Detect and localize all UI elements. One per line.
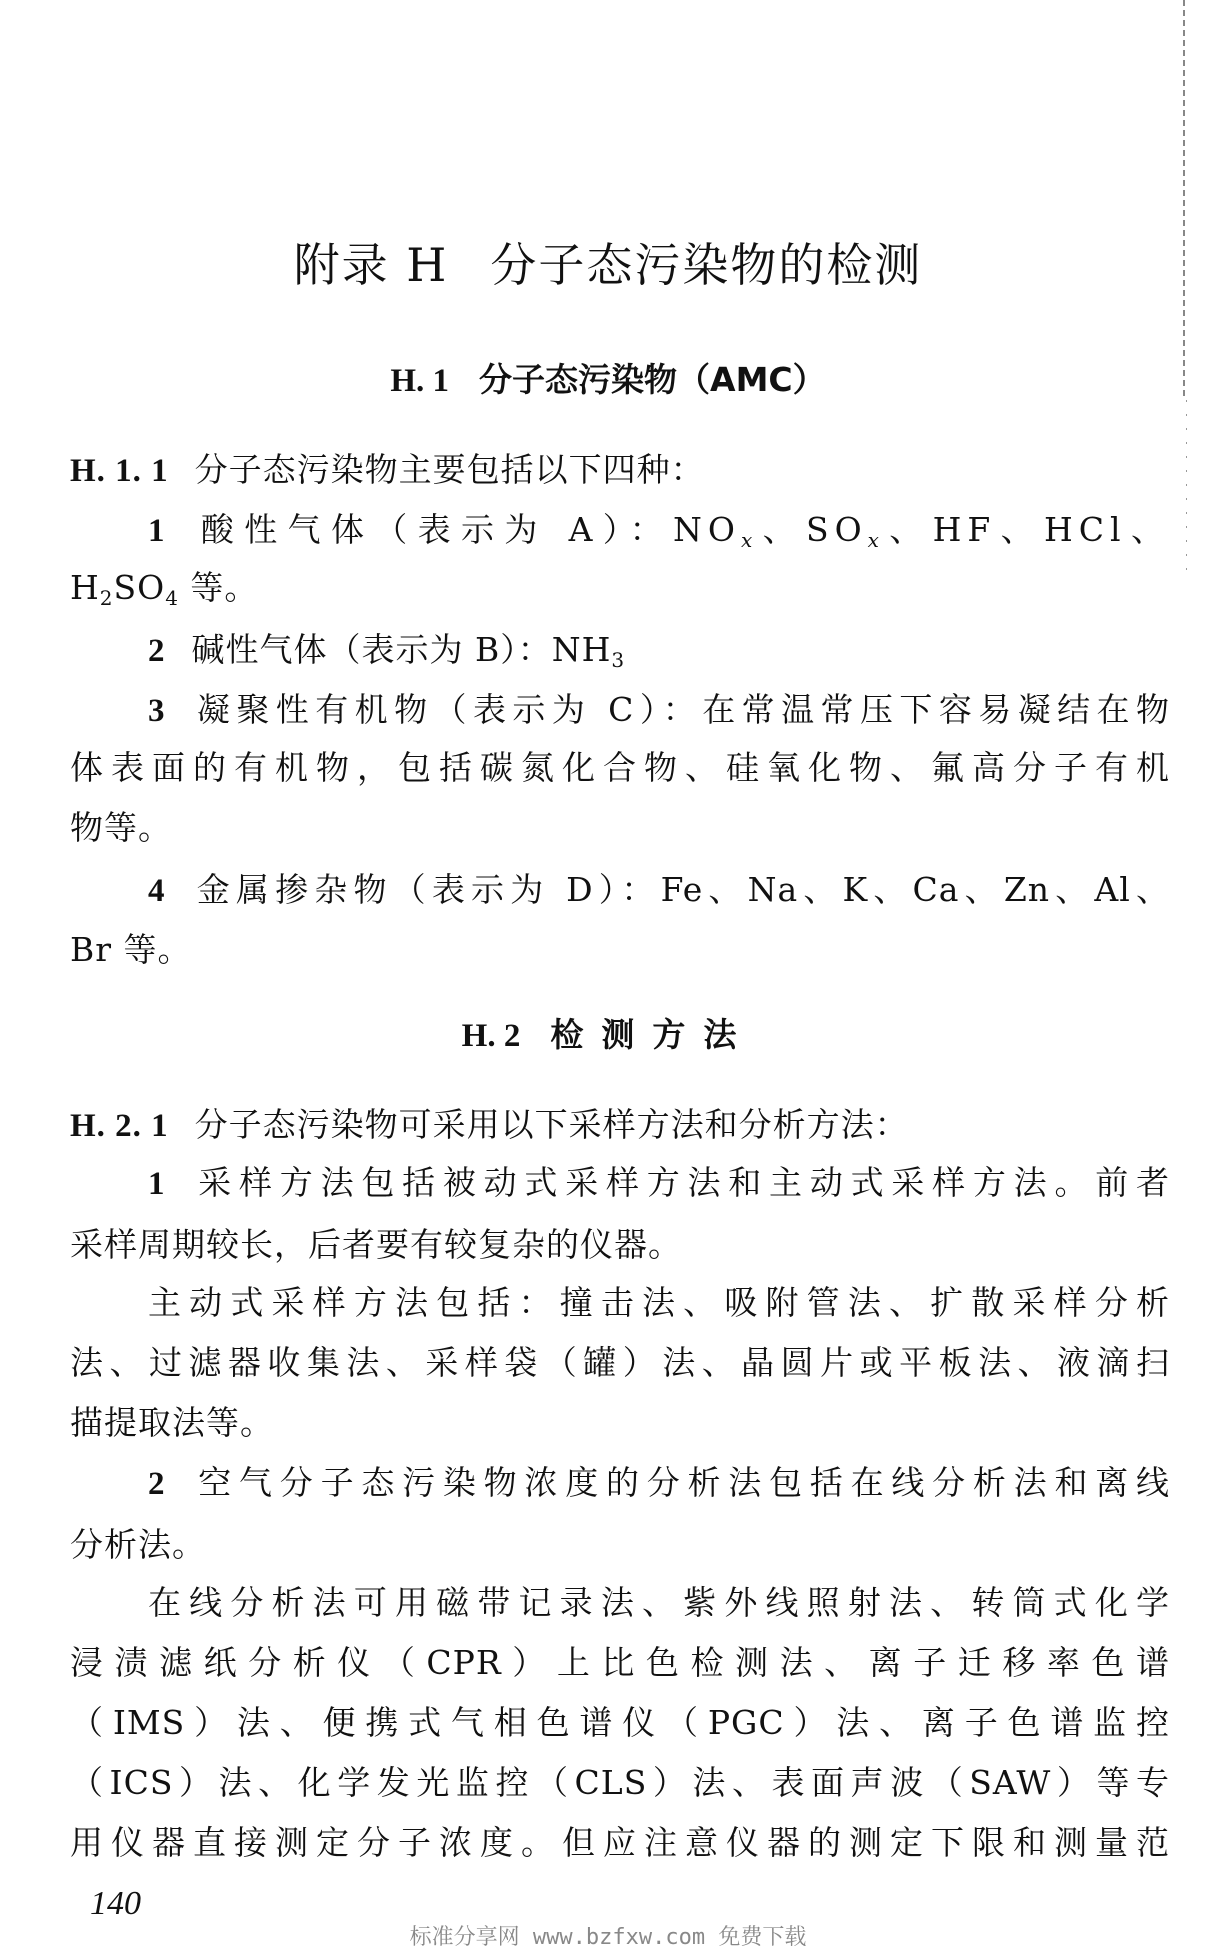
appendix-title-prefix: 附录 H [294, 238, 449, 292]
item-text: SO [114, 568, 166, 607]
list-item-1-line-1: 1酸性气体（表示为 A）：NOx、SOx、HF、HCl、 [148, 508, 1170, 553]
item-number: 4 [148, 873, 166, 909]
paragraph-text: 浸渍滤纸分析仪（CPR）上比色检测法、离子迁移率色谱 [70, 1643, 1170, 1682]
item-text: 碱性气体（表示为 B）：NH [192, 630, 612, 669]
item-number: 1 [148, 1166, 166, 1202]
section-title: 分子态污染物（AMC） [479, 360, 826, 399]
item-text: 酸性气体（表示为 A）：NO [197, 510, 741, 549]
paragraph-text: 主动式采样方法包括：撞击法、吸附管法、扩散采样分析 [148, 1283, 1170, 1322]
item-text: 等。 [179, 568, 259, 607]
item-text: 分析法。 [70, 1525, 206, 1564]
scan-edge-artifact-faint [1186, 400, 1187, 580]
watermark-text: 标准分享网 www.bzfxw.com 免费下载 [0, 1920, 1216, 1950]
online-analysis-line-4: （ICS）法、化学发光监控（CLS）法、表面声波（SAW）等专 [70, 1761, 1170, 1805]
analysis-item-2-line-1: 2空气分子态污染物浓度的分析法包括在线分析法和离线 [148, 1461, 1170, 1506]
paragraph-text: 描提取法等。 [70, 1403, 274, 1442]
clause-number: H. 2. 1 [70, 1108, 169, 1144]
item-text: 采样方法包括被动式采样方法和主动式采样方法。前者 [192, 1163, 1171, 1202]
subscript: 3 [611, 648, 625, 672]
appendix-title-text: 分子态污染物的检测 [490, 238, 922, 292]
clause-text: 分子态污染物可采用以下采样方法和分析方法： [195, 1105, 909, 1144]
section-heading-h1: H. 1分子态污染物（AMC） [0, 358, 1216, 403]
appendix-title: 附录 H分子态污染物的检测 [0, 236, 1216, 294]
page-number: 140 [90, 1885, 141, 1923]
sampling-item-1-line-1: 1采样方法包括被动式采样方法和主动式采样方法。前者 [148, 1161, 1170, 1206]
item-text: 、SO [758, 510, 867, 549]
clause-h1-1: H. 1. 1分子态污染物主要包括以下四种： [70, 448, 1170, 493]
item-number: 1 [148, 513, 171, 549]
section-title: 检测方法 [550, 1015, 754, 1054]
list-item-3-line-2: 体表面的有机物，包括碳氮化合物、硅氧化物、氟高分子有机 [70, 746, 1170, 790]
item-text: 凝聚性有机物（表示为 C）：在常温常压下容易凝结在物 [192, 690, 1171, 729]
section-heading-h2: H. 2检测方法 [0, 1013, 1216, 1058]
online-analysis-line-1: 在线分析法可用磁带记录法、紫外线照射法、转筒式化学 [148, 1581, 1170, 1625]
active-sampling-line-1: 主动式采样方法包括：撞击法、吸附管法、扩散采样分析 [148, 1281, 1170, 1325]
active-sampling-line-2: 法、过滤器收集法、采样袋（罐）法、晶圆片或平板法、液滴扫 [70, 1341, 1170, 1385]
clause-number: H. 1. 1 [70, 453, 169, 489]
list-item-1-line-2: H2SO4 等。 [70, 566, 1170, 610]
item-text: 金属掺杂物（表示为 D）：Fe、Na、K、Ca、Zn、Al、 [192, 870, 1171, 909]
paragraph-text: （IMS）法、便携式气相色谱仪（PGC）法、离子色谱监控 [70, 1703, 1170, 1742]
item-number: 2 [148, 1466, 166, 1502]
clause-h2-1: H. 2. 1分子态污染物可采用以下采样方法和分析方法： [70, 1103, 1170, 1148]
subscript: 4 [165, 586, 179, 610]
paragraph-text: 法、过滤器收集法、采样袋（罐）法、晶圆片或平板法、液滴扫 [70, 1343, 1170, 1382]
subscript: 2 [100, 586, 114, 610]
item-text: 体表面的有机物，包括碳氮化合物、硅氧化物、氟高分子有机 [70, 748, 1170, 787]
analysis-item-2-line-2: 分析法。 [70, 1523, 1170, 1567]
paragraph-text: 在线分析法可用磁带记录法、紫外线照射法、转筒式化学 [148, 1583, 1170, 1622]
subscript: x [741, 528, 758, 552]
item-text: Br 等。 [70, 930, 192, 969]
paragraph-text: 用仪器直接测定分子浓度。但应注意仪器的测定下限和测量范 [70, 1823, 1170, 1862]
online-analysis-line-3: （IMS）法、便携式气相色谱仪（PGC）法、离子色谱监控 [70, 1701, 1170, 1745]
item-text: 、HF、HCl、 [885, 510, 1170, 549]
item-number: 2 [148, 633, 166, 669]
sampling-item-1-line-2: 采样周期较长，后者要有较复杂的仪器。 [70, 1223, 1170, 1267]
online-analysis-line-5: 用仪器直接测定分子浓度。但应注意仪器的测定下限和测量范 [70, 1821, 1170, 1865]
list-item-3-line-3: 物等。 [70, 806, 1170, 850]
section-number: H. 2 [462, 1018, 521, 1054]
item-text: H [70, 568, 100, 607]
list-item-3-line-1: 3凝聚性有机物（表示为 C）：在常温常压下容易凝结在物 [148, 688, 1170, 733]
clause-text: 分子态污染物主要包括以下四种： [195, 450, 705, 489]
active-sampling-line-3: 描提取法等。 [70, 1401, 1170, 1445]
list-item-2: 2碱性气体（表示为 B）：NH3 [148, 628, 1170, 673]
item-text: 采样周期较长，后者要有较复杂的仪器。 [70, 1225, 682, 1264]
online-analysis-line-2: 浸渍滤纸分析仪（CPR）上比色检测法、离子迁移率色谱 [70, 1641, 1170, 1685]
section-number: H. 1 [390, 363, 449, 399]
item-text: 物等。 [70, 808, 172, 847]
list-item-4-line-1: 4金属掺杂物（表示为 D）：Fe、Na、K、Ca、Zn、Al、 [148, 868, 1170, 913]
item-text: 空气分子态污染物浓度的分析法包括在线分析法和离线 [192, 1463, 1171, 1502]
paragraph-text: （ICS）法、化学发光监控（CLS）法、表面声波（SAW）等专 [70, 1763, 1170, 1802]
item-number: 3 [148, 693, 166, 729]
scan-edge-artifact [1183, 0, 1185, 400]
list-item-4-line-2: Br 等。 [70, 928, 1170, 972]
subscript: x [868, 528, 885, 552]
